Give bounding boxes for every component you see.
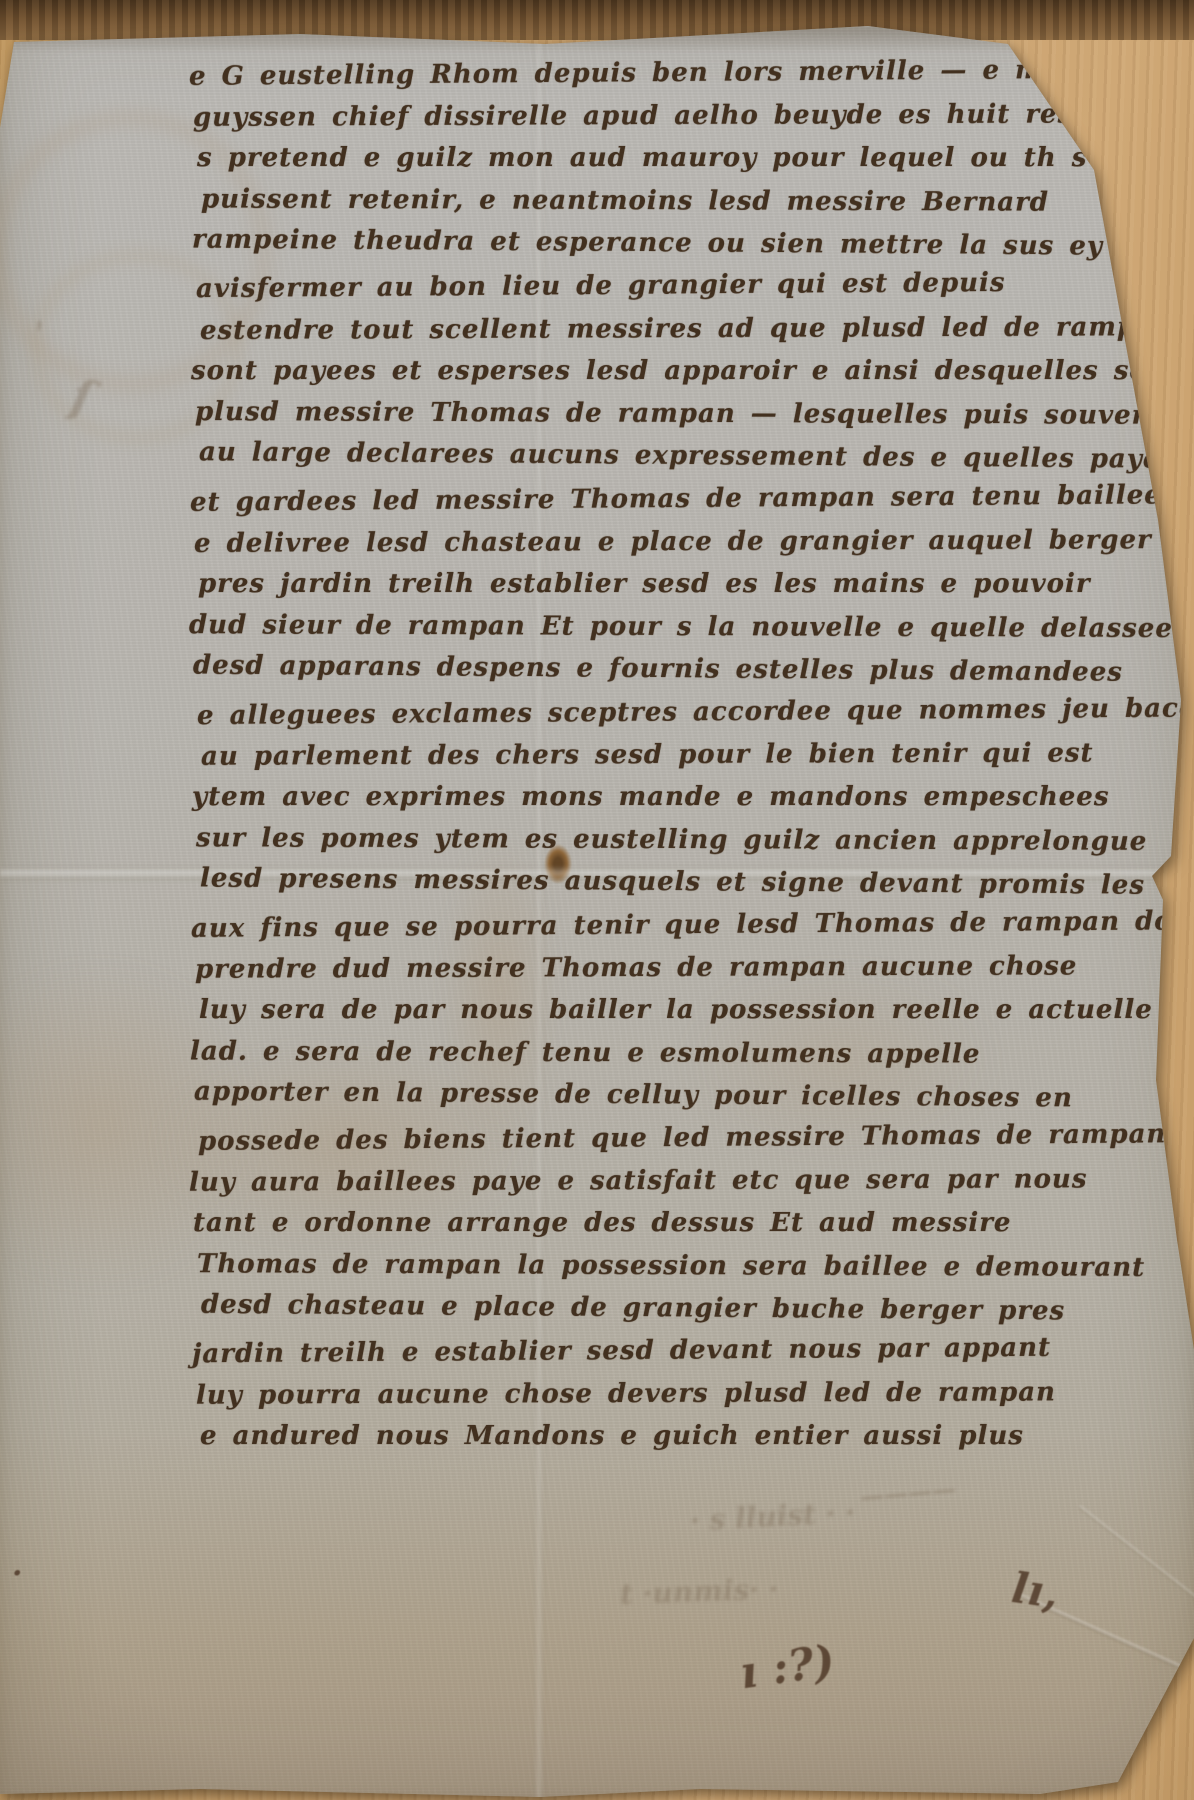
paper-shadow-wrap: e G eustelling Rhom depuis ben lors merv…	[0, 0, 1194, 1800]
bleed-through-mark: · s lluist · ·	[689, 1496, 855, 1538]
bleed-through-mark: ————	[859, 1474, 957, 1511]
bleed-through-mark: ı :?)	[737, 1636, 838, 1700]
manuscript-photo: e G eustelling Rhom depuis ben lors merv…	[0, 0, 1194, 1800]
bleed-through-mark: ·	[12, 1556, 22, 1591]
manuscript-paper: e G eustelling Rhom depuis ben lors merv…	[0, 0, 1194, 1800]
bleed-through-mark: ‚	[22, 300, 49, 336]
bleed-through-mark: ſ	[67, 369, 98, 426]
bleed-through-mark: lı,	[1009, 1563, 1062, 1618]
bleed-through-mark: t ·unmis· ·	[619, 1572, 778, 1611]
bleed-through-marks: ————· s lluist · ·t ·unmis· ·lı,ı :?)ſ‚·	[0, 0, 1194, 1800]
